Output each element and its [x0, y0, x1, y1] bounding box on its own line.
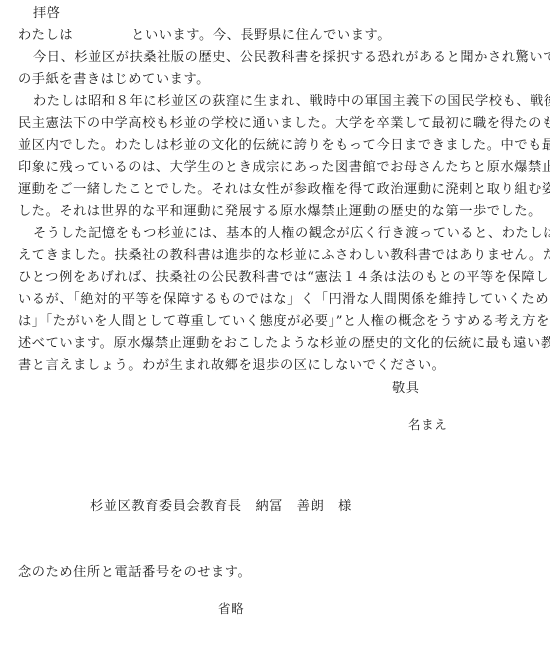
paragraph-3-line: は」「たがいを人間として尊重していく態度が必要」”と人権の概念をうすめる考え方を — [18, 312, 550, 332]
paragraph-2-line: 民主憲法下の中学高校も杉並の学校に通いました。大学を卒業して最初に職を得たのも杉 — [18, 114, 550, 134]
intro-line: わたしはといいます。今、長野県に住んでいます。 — [18, 26, 391, 46]
closing-keigu: 敬具 — [392, 379, 420, 399]
paragraph-3-line: そうした記憶をもつ杉並には、基本的人権の観念が広く行き渡っていると、わたしは考 — [33, 224, 550, 244]
signature-name: 名まえ — [408, 415, 447, 435]
paragraph-2-line: わたしは昭和８年に杉並区の荻窪に生まれ、戦時中の軍国主義下の国民学校も、戦後の — [33, 92, 550, 112]
intro-prefix: わたしは — [18, 28, 73, 43]
paragraph-1-line: の手紙を書きはじめています。 — [18, 70, 210, 90]
intro-suffix: といいます。今、長野県に住んでいます。 — [131, 28, 391, 43]
paragraph-3-line: えてきました。扶桑社の教科書は進歩的な杉並にふさわしい教科書ではありません。ただ — [18, 246, 550, 266]
paragraph-3-line: ひとつ例をあげれば、扶桑社の公民教科書では“憲法１４条は法のもとの平等を保障して — [18, 268, 550, 288]
opening-salutation: 拝啓 — [33, 4, 61, 24]
paragraph-2-line: 運動をご一緒したことでした。それは女性が参政権を得て政治運動に溌剌と取り組む姿で — [18, 180, 550, 200]
postscript: 念のため住所と電話番号をのせます。 — [18, 563, 251, 583]
paragraph-3-line: いるが、「絶対的平等を保障するものではな」く「円滑な人間関係を維持していくために — [18, 290, 550, 310]
paragraph-2-line: 印象に残っているのは、大学生のとき成宗にあった図書館でお母さんたちと原水爆禁止の — [18, 158, 550, 178]
paragraph-1-line: 今日、杉並区が扶桑社版の歴史、公民教科書を採択する恐れがあると聞かされ驚いてこ — [33, 48, 550, 68]
address-omitted: 省略 — [218, 599, 244, 619]
addressee: 杉並区教育委員会教育長 納冨 善朗 様 — [90, 497, 352, 517]
paragraph-3-line: 述べています。原水爆禁止運動をおこしたような杉並の歴史的文化的伝統に最も遠い教科 — [18, 334, 550, 354]
paragraph-2-line: した。それは世界的な平和運動に発展する原水爆禁止運動の歴史的な第一歩でした。 — [18, 202, 542, 222]
paragraph-2-line: 並区内でした。わたしは杉並の文化的伝統に誇りをもって今日まできました。中でも最も — [18, 136, 550, 156]
paragraph-3-line: 書と言えましょう。わが生まれ故郷を退歩の区にしないでください。 — [18, 356, 445, 376]
